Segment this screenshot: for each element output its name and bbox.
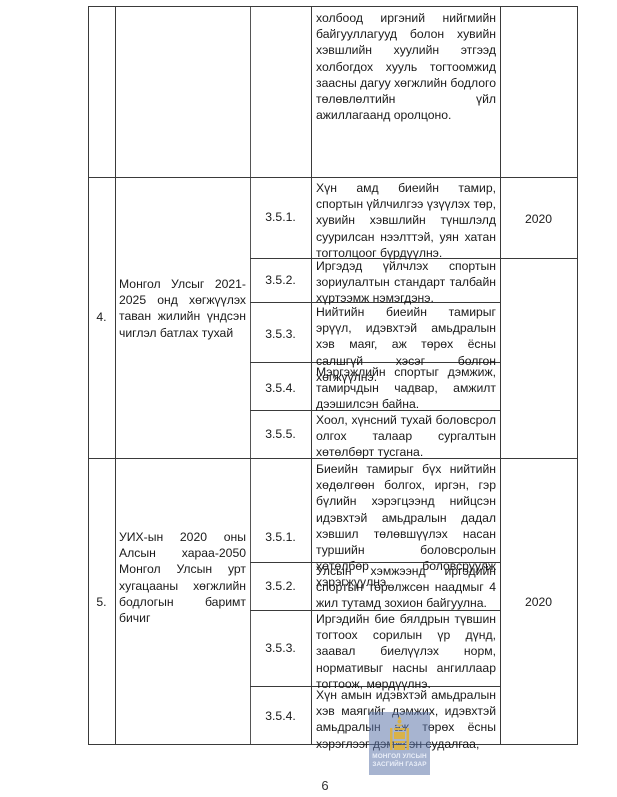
year: 2020	[500, 211, 577, 227]
measure-code: 3.5.4.	[250, 708, 311, 724]
col-divider-2	[250, 6, 251, 745]
measure-code: 3.5.2.	[250, 578, 311, 594]
table-border-right	[577, 6, 578, 745]
stamp-caption: МОНГОЛ УЛСЫН ЗАСГИЙН ГАЗАР	[369, 753, 430, 769]
measure-text: Мэргэжлийн спортыг дэмжиж, тамирчдын чад…	[316, 364, 496, 413]
col-divider-1	[115, 6, 116, 745]
government-stamp: МОНГОЛ УЛСЫН ЗАСГИЙН ГАЗАР	[369, 712, 430, 775]
measure-text: Хоол, хүнсний тухай боловсрол олгох тала…	[316, 412, 496, 461]
measure-text: Иргэдэд үйлчлэх спортын зориулалтын стан…	[316, 258, 496, 307]
measure-code: 3.5.5.	[250, 426, 311, 442]
measure-code: 3.5.3.	[250, 326, 311, 342]
col-divider-3	[311, 6, 312, 745]
measure-text: Улсын хэмжээнд иргэдийн спортын төрөлжсө…	[316, 563, 496, 612]
row-number: 4.	[88, 309, 115, 325]
continued-measure-text: холбоод иргэний нийгмийн байгууллагууд б…	[316, 10, 496, 123]
measure-code: 3.5.1.	[250, 209, 311, 225]
measure-code: 3.5.1.	[250, 529, 311, 545]
table-border-top	[88, 6, 578, 7]
year: 2020	[500, 594, 577, 610]
measure-code: 3.5.2.	[250, 272, 311, 288]
measure-code: 3.5.4.	[250, 380, 311, 396]
measure-code: 3.5.3.	[250, 640, 311, 656]
col-divider-4	[500, 6, 501, 745]
table-border-left	[88, 6, 89, 745]
source-document: Монгол Улсыг 2021-2025 онд хөгжүүлэх тав…	[119, 276, 246, 341]
row-divider-4	[88, 177, 578, 178]
document-page: холбоод иргэний нийгмийн байгууллагууд б…	[0, 0, 617, 797]
measure-text: Иргэдийн бие бялдрын түвшин тогтоох сори…	[316, 611, 496, 692]
soyombo-emblem-icon	[390, 716, 409, 750]
source-document: УИХ-ын 2020 оны Алсын хараа-2050 Монгол …	[119, 529, 246, 626]
page-number: 6	[300, 778, 350, 793]
measure-text: Хүн амд биеийн тамир, спортын үйлчилгээ …	[316, 180, 496, 261]
row-number: 5.	[88, 594, 115, 610]
